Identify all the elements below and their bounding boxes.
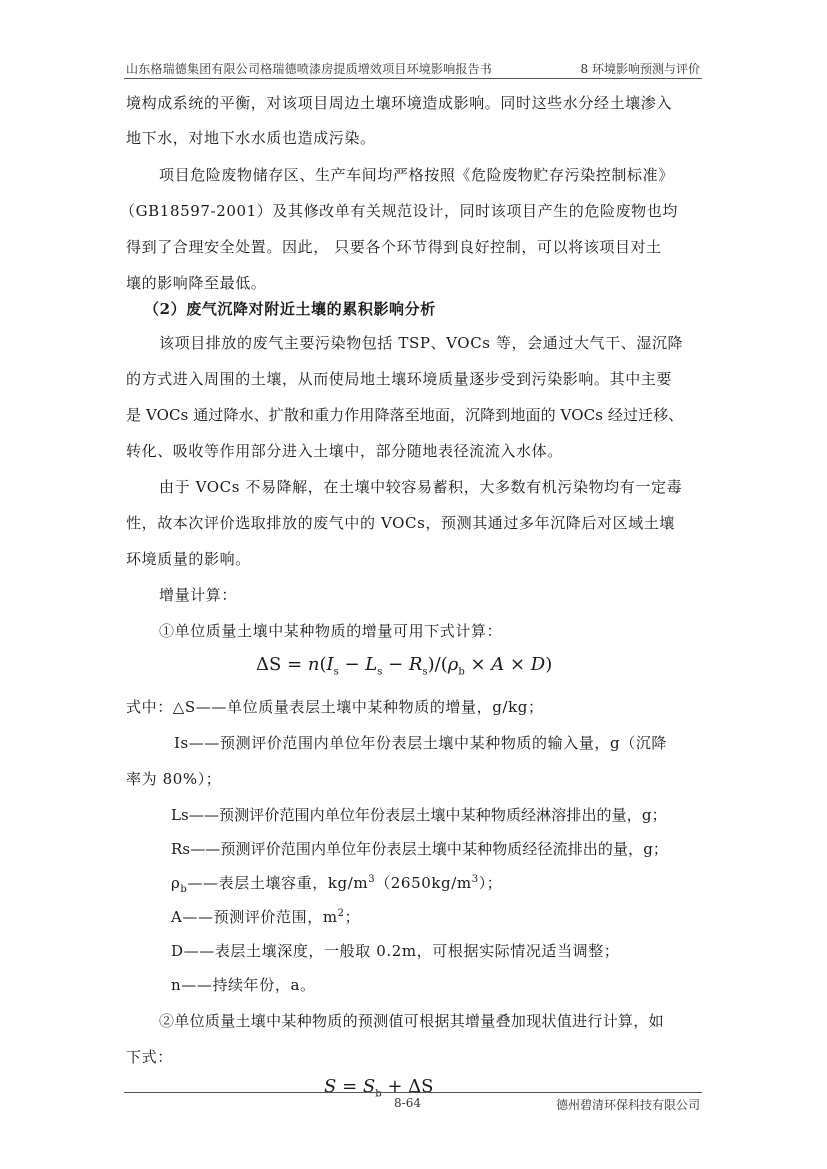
increment-formula: ΔS = n(Is − Ls − Rs)/(ρb × A × D)	[256, 654, 552, 678]
page-number: 8-64	[394, 1096, 421, 1110]
paragraph-line: 性，故本次评价选取排放的废气中的 VOCs，预测其通过多年沉降后对区域土壤	[126, 512, 675, 533]
paragraph-line: 得到了合理安全处置。因此， 只要各个环节得到良好控制，可以将该项目对土	[126, 236, 662, 257]
definition-line: 率为 80%）；	[126, 768, 221, 789]
paragraph-line: 增量计算：	[159, 584, 237, 605]
report-title: 山东格瑞德集团有限公司格瑞德喷漆房提质增效项目环境影响报告书	[126, 60, 492, 77]
paragraph-line: 项目危险废物储存区、生产车间均严格按照《危险废物贮存污染控制标准》	[159, 164, 674, 185]
paragraph-line: 转化、吸收等作用部分进入土壤中，部分随地表径流流入水体。	[126, 440, 563, 461]
paragraph-line: （GB18597-2001）及其修改单有关规范设计，同时该项目产生的危险废物也均	[120, 200, 678, 221]
header-divider	[124, 78, 702, 79]
paragraph-line: 由于 VOCs 不易降解，在土壤中较容易蓄积，大多数有机污染物均有一定毒	[159, 476, 682, 497]
footer-divider	[124, 1092, 702, 1093]
definition-line: Rs——预测评价范围内单位年份表层土壤中某种物质经径流排出的量，g；	[171, 838, 668, 859]
paragraph-line: 壤的影响降至最低。	[126, 272, 266, 293]
section-heading: （2）废气沉降对附近土壤的累积影响分析	[144, 298, 436, 319]
definition-line: D——表层土壤深度，一般取 0.2m，可根据实际情况适当调整；	[171, 940, 619, 961]
paragraph-line: ②单位质量土壤中某种物质的预测值可根据其增量叠加现状值进行计算，如	[159, 1010, 664, 1031]
paragraph-line: 下式：	[126, 1046, 173, 1067]
definition-line: n——持续年份，a。	[171, 974, 316, 995]
definition-line: Is——预测评价范围内单位年份表层土壤中某种物质的输入量，g（沉降	[174, 732, 667, 753]
definition-line: A——预测评价范围，m2；	[171, 906, 360, 927]
paragraph-line: ①单位质量土壤中某种物质的增量可用下式计算：	[159, 620, 502, 641]
definition-line: 式中：△S——单位质量表层土壤中某种物质的增量，g/kg；	[126, 696, 544, 717]
paragraph-line: 的方式进入周围的土壤，从而使局地土壤环境质量逐步受到污染影响。其中主要	[126, 368, 672, 389]
paragraph-line: 该项目排放的废气主要污染物包括 TSP、VOCs 等，会通过大气干、湿沉降	[159, 332, 683, 353]
definition-line: Ls——预测评价范围内单位年份表层土壤中某种物质经淋溶排出的量，g；	[171, 804, 667, 825]
chapter-title: 8 环境影响预测与评价	[581, 60, 700, 77]
company-name: 德州碧清环保科技有限公司	[556, 1096, 700, 1113]
paragraph-line: 地下水，对地下水水质也造成污染。	[126, 127, 376, 148]
paragraph-line: 环境质量的影响。	[126, 548, 251, 569]
paragraph-line: 是 VOCs 通过降水、扩散和重力作用降落至地面，沉降到地面的 VOCs 经过迁…	[126, 404, 683, 425]
page-header: 山东格瑞德集团有限公司格瑞德喷漆房提质增效项目环境影响报告书 8 环境影响预测与…	[124, 58, 702, 78]
definition-line: ρb——表层土壤容重，kg/m3（2650kg/m3）；	[171, 872, 502, 895]
paragraph-line: 境构成系统的平衡，对该项目周边土壤环境造成影响。同时这些水分经土壤渗入	[126, 92, 672, 113]
